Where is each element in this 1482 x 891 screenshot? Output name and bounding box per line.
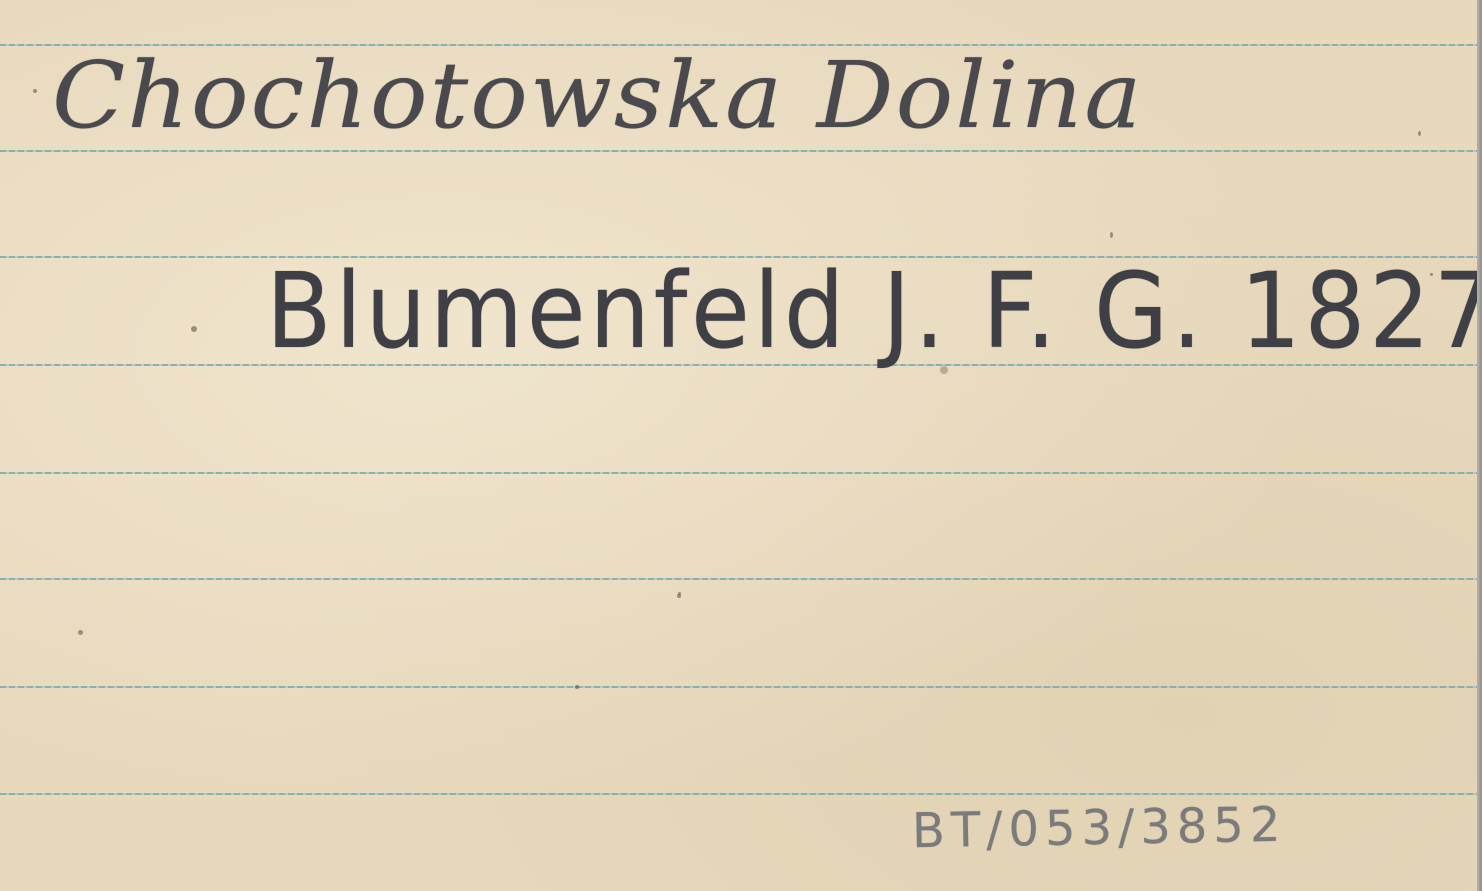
place-name-heading: Chochotowska Dolina xyxy=(52,42,1143,149)
ruled-line xyxy=(0,578,1477,580)
catalog-number: BT/053/3852 xyxy=(912,797,1287,860)
ruled-line xyxy=(0,793,1477,795)
paper-speck xyxy=(1110,232,1113,238)
paper-speck xyxy=(78,630,83,635)
paper-speck xyxy=(678,592,681,595)
ruled-line xyxy=(0,472,1477,474)
ruled-line xyxy=(0,686,1477,688)
ruled-line xyxy=(0,150,1477,152)
paper-speck xyxy=(575,685,579,689)
paper-speck xyxy=(33,89,37,93)
author-date-entry: Blumenfeld J. F. G. 1827 xyxy=(266,250,1482,372)
paper-speck xyxy=(191,326,197,332)
index-card: Chochotowska Dolina Blumenfeld J. F. G. … xyxy=(0,0,1482,891)
paper-speck xyxy=(1418,131,1421,136)
